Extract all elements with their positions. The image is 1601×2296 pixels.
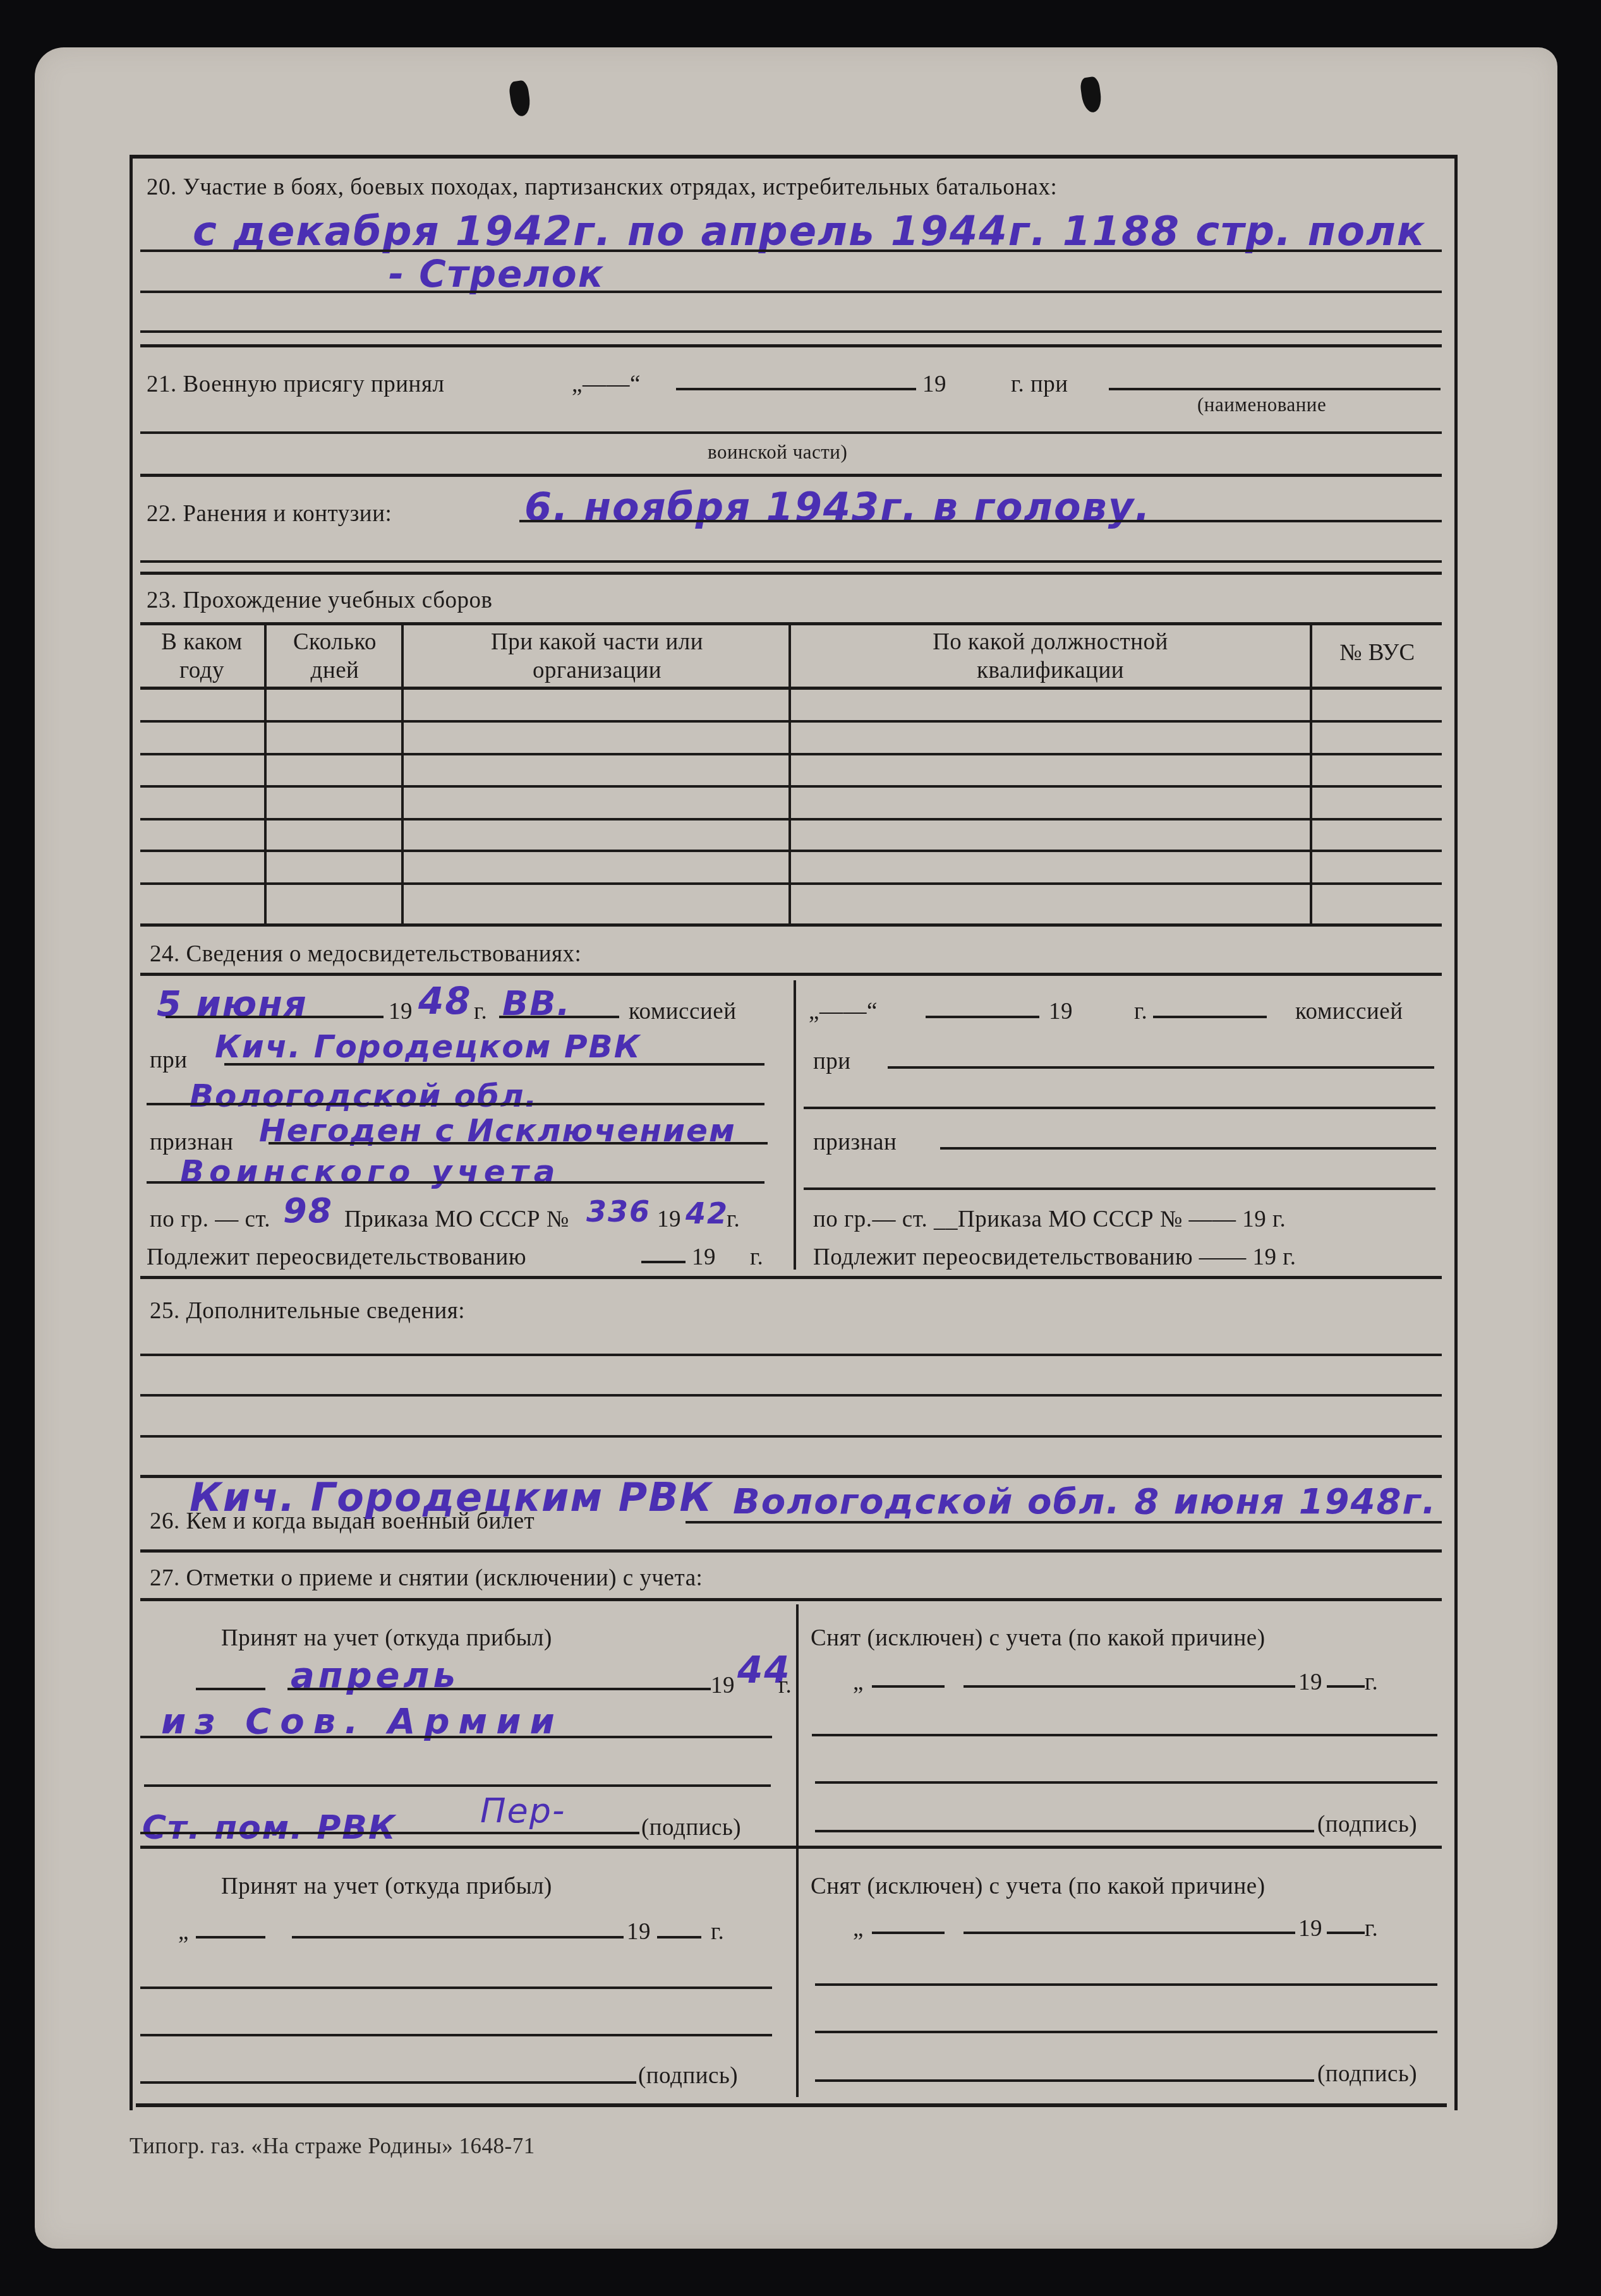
item23-col-divider-3 bbox=[788, 625, 791, 925]
item24-left-reexam-suffix: г. bbox=[750, 1246, 763, 1269]
item25-line1[interactable] bbox=[140, 1354, 1442, 1356]
item24-left-order-number-value[interactable]: 336 bbox=[586, 1197, 651, 1226]
item23-table-row[interactable] bbox=[140, 818, 1442, 820]
item27-block2-left-line2[interactable] bbox=[140, 1986, 772, 1989]
item24-left-pri-line1 bbox=[224, 1063, 764, 1066]
item27-block2-left-sign-label: (подпись) bbox=[638, 2064, 738, 2088]
item27-block1-left-sign-label: (подпись) bbox=[641, 1816, 741, 1839]
item27-block2-right-sign-label: (подпись) bbox=[1317, 2062, 1417, 2086]
item24-left-reexam-label: Подлежит переосвидетельствованию bbox=[147, 1246, 526, 1269]
item27-block1-left-month-line bbox=[287, 1688, 711, 1690]
item27-block2-left-year: 19 bbox=[627, 1920, 651, 1944]
item27-block2-left-g: г. bbox=[711, 1920, 724, 1944]
item27-block2-right-year: 19 bbox=[1298, 1917, 1322, 1940]
item21-label: 21. Военную присягу принял bbox=[147, 373, 444, 396]
item21-unit-line1[interactable] bbox=[1109, 388, 1441, 390]
item24-left-order-label: Приказа МО СССР № bbox=[344, 1208, 569, 1231]
item21-date-prefix: „——“ bbox=[572, 373, 641, 396]
item23-col-qualification-header: По какой должностной квалификации bbox=[793, 630, 1308, 682]
item23-table-row[interactable] bbox=[140, 850, 1442, 852]
item24-left-year-value[interactable]: 48 bbox=[418, 983, 472, 1019]
item24-left-article-value[interactable]: 98 bbox=[283, 1194, 333, 1228]
item27-block1-right-year: 19 bbox=[1298, 1671, 1322, 1694]
item23-table-top-rule bbox=[140, 622, 1442, 625]
item20-bottom-rule bbox=[140, 344, 1442, 347]
item26-value-part1[interactable]: Кич. Городецким РВК bbox=[190, 1478, 713, 1517]
item27-block1-right-title: Снят (исключен) с учета (по какой причин… bbox=[811, 1626, 1265, 1650]
item24-right-reexam-line: Подлежит переосвидетельствованию —— 19 г… bbox=[813, 1246, 1296, 1269]
item27-label: 27. Отметки о приеме и снятии (исключени… bbox=[150, 1566, 703, 1590]
item24-left-reexam-line[interactable] bbox=[641, 1261, 686, 1263]
item22-bottom-rule bbox=[140, 572, 1442, 575]
item24-right-commission-line[interactable] bbox=[1153, 1016, 1267, 1018]
item27-block2-left-year-line[interactable] bbox=[657, 1936, 701, 1938]
item24-left-priznan-label: признан bbox=[150, 1131, 233, 1154]
item24-right-year: 19 bbox=[1049, 1000, 1073, 1023]
item27-block2-right-sign-line[interactable] bbox=[815, 2079, 1314, 2082]
item27-block1-left-line2 bbox=[140, 1736, 772, 1738]
item21-date-line[interactable] bbox=[676, 388, 916, 390]
item24-left-order-year-value[interactable]: 42 bbox=[686, 1199, 728, 1228]
item24-right-priznan-line2[interactable] bbox=[804, 1187, 1435, 1190]
item27-block2-right-title: Снят (исключен) с учета (по какой причин… bbox=[811, 1875, 1265, 1898]
item27-block1-right-month-line[interactable] bbox=[964, 1685, 1295, 1688]
item27-block2-right-date-prefix: „ bbox=[853, 1917, 864, 1940]
item23-col-year-header: В каком году bbox=[140, 630, 263, 682]
item21-g-pri: г. при bbox=[1011, 373, 1068, 396]
item27-block1-right-day-line[interactable] bbox=[872, 1685, 945, 1688]
item24-right-g: г. bbox=[1134, 1000, 1147, 1023]
item23-col-vus-header: № ВУС bbox=[1314, 641, 1441, 664]
item27-block2-right-day-line[interactable] bbox=[872, 1932, 945, 1934]
item23-col-days-header: Сколько дней bbox=[269, 630, 401, 682]
item24-left-pri-line2 bbox=[147, 1103, 764, 1105]
item24-right-pri-line1[interactable] bbox=[888, 1066, 1434, 1069]
item24-right-date-prefix: „——“ bbox=[809, 1000, 878, 1023]
item20-label: 20. Участие в боях, боевых походах, парт… bbox=[147, 176, 1057, 199]
item27-block1-left-sign-value[interactable]: Ст. пом. РВК bbox=[142, 1812, 396, 1844]
item27-block2-left-line3[interactable] bbox=[140, 2034, 772, 2036]
item24-left-year-prefix: 19 bbox=[389, 1000, 413, 1023]
item20-value-line1[interactable]: с декабря 1942г. по апрель 1944г. 1188 с… bbox=[193, 212, 1425, 252]
item24-left-g: г. bbox=[474, 1000, 487, 1023]
item27-block1-left-day-line[interactable] bbox=[196, 1688, 265, 1690]
item27-block2-left-sign-line[interactable] bbox=[140, 2081, 636, 2084]
item27-block1-right-line2[interactable] bbox=[812, 1734, 1437, 1736]
item26-value-part2[interactable]: Вологодской обл. 8 июня 1948г. bbox=[733, 1484, 1437, 1520]
item27-block1-left-from-value[interactable]: из Сов. Армии bbox=[161, 1704, 564, 1740]
item27-block2-left-month-line[interactable] bbox=[292, 1936, 624, 1938]
item21-unit-line2[interactable] bbox=[140, 431, 1442, 434]
item22-line1 bbox=[519, 520, 1442, 522]
item27-block1-left-year-prefix: 19 bbox=[711, 1674, 735, 1697]
item25-label: 25. Дополнительные сведения: bbox=[150, 1299, 465, 1323]
form-bottom-rule bbox=[136, 2103, 1447, 2107]
item27-block1-left-signature: Пер- bbox=[480, 1794, 566, 1828]
item23-col-divider-1 bbox=[264, 625, 267, 925]
item24-left-order-suffix: г. bbox=[727, 1208, 740, 1231]
item27-column-divider bbox=[796, 1604, 799, 2097]
item21-hint-top: (наименование bbox=[1197, 395, 1326, 414]
item23-table-row[interactable] bbox=[140, 785, 1442, 788]
item20-line1 bbox=[140, 249, 1442, 252]
item24-left-pri-value-line2[interactable]: Вологодской обл. bbox=[190, 1080, 538, 1112]
item27-block2-right-line3[interactable] bbox=[815, 2031, 1437, 2033]
item27-block-separator bbox=[140, 1846, 1442, 1849]
item23-table-row[interactable] bbox=[140, 720, 1442, 723]
item24-left-date-line bbox=[166, 1016, 384, 1018]
item26-bottom-rule bbox=[140, 1549, 1442, 1553]
item24-right-priznan-label: признан bbox=[813, 1131, 897, 1154]
item23-header-bottom-rule bbox=[140, 687, 1442, 690]
item25-line3[interactable] bbox=[140, 1435, 1442, 1438]
item27-block1-right-date-prefix: „ bbox=[853, 1671, 864, 1694]
item27-block2-right-month-line[interactable] bbox=[964, 1932, 1295, 1934]
item27-block1-left-title: Принят на учет (откуда прибыл) bbox=[221, 1626, 552, 1650]
item23-table-row[interactable] bbox=[140, 753, 1442, 755]
item21-bottom-rule bbox=[140, 474, 1442, 477]
item24-right-priznan-line1[interactable] bbox=[940, 1147, 1436, 1150]
item27-block1-left-g: г. bbox=[778, 1674, 792, 1697]
item24-left-order-prefix: по гр. — ст. bbox=[150, 1208, 270, 1231]
item24-left-commission-label: комиссией bbox=[629, 1000, 736, 1023]
item24-right-pri-label: при bbox=[813, 1050, 851, 1073]
item27-top-rule bbox=[140, 1598, 1442, 1601]
printer-imprint: Типогр. газ. «На страже Родины» 1648-71 bbox=[130, 2135, 535, 2157]
item27-block1-right-year-line[interactable] bbox=[1327, 1685, 1365, 1688]
item24-left-pri-value-line1[interactable]: Кич. Городецком РВК bbox=[215, 1031, 641, 1062]
item23-col-divider-4 bbox=[1310, 625, 1312, 925]
item23-table-row[interactable] bbox=[140, 882, 1442, 885]
item27-block1-left-line3[interactable] bbox=[144, 1784, 771, 1787]
item24-left-priznan-line2 bbox=[147, 1181, 764, 1184]
item27-block2-right-g: г. bbox=[1365, 1917, 1378, 1940]
item24-left-commission-line bbox=[499, 1016, 619, 1018]
item24-left-order-year-prefix: 19 bbox=[657, 1208, 681, 1231]
item24-bottom-rule bbox=[140, 1276, 1442, 1279]
item27-block1-right-sign-label: (подпись) bbox=[1317, 1813, 1417, 1836]
item21-hint-bottom: воинской части) bbox=[708, 442, 847, 462]
item24-right-date-line[interactable] bbox=[926, 1016, 1039, 1018]
item25-line2[interactable] bbox=[140, 1394, 1442, 1397]
item27-block2-right-year-line[interactable] bbox=[1327, 1932, 1365, 1934]
item27-block2-left-title: Принят на учет (откуда прибыл) bbox=[221, 1875, 552, 1898]
item20-value-line2[interactable]: - Стрелок bbox=[389, 256, 604, 292]
item24-right-order-line: по гр.— ст. __Приказа МО СССР № —— 19 г. bbox=[813, 1208, 1286, 1231]
item27-block2-right-line2[interactable] bbox=[815, 1983, 1437, 1986]
item23-col-divider-2 bbox=[401, 625, 404, 925]
item27-block1-left-sign-line bbox=[140, 1832, 639, 1834]
item24-left-pri-label: при bbox=[150, 1049, 188, 1072]
item24-top-rule bbox=[140, 973, 1442, 976]
item27-block1-right-g: г. bbox=[1365, 1671, 1378, 1694]
item24-right-pri-line2[interactable] bbox=[804, 1107, 1435, 1109]
item23-col-unit-header: При какой части или организации bbox=[404, 630, 790, 682]
item23-table-bottom-rule bbox=[140, 923, 1442, 927]
item24-right-commission-label: комиссией bbox=[1295, 1000, 1403, 1023]
item21-year: 19 bbox=[922, 373, 946, 396]
item20-line2 bbox=[140, 291, 1442, 293]
item20-line3 bbox=[140, 330, 1442, 333]
item27-block1-right-line3[interactable] bbox=[815, 1781, 1437, 1784]
item22-line2 bbox=[140, 560, 1442, 563]
item24-label: 24. Сведения о медосвидетельствованиях: bbox=[150, 942, 581, 966]
item24-left-reexam-year: 19 bbox=[692, 1246, 716, 1269]
item27-block1-right-sign-line[interactable] bbox=[815, 1830, 1314, 1832]
item22-label: 22. Ранения и контузии: bbox=[147, 502, 392, 526]
item24-left-priznan-line1 bbox=[269, 1142, 768, 1145]
item27-block2-left-day-line[interactable] bbox=[196, 1936, 265, 1938]
item23-label: 23. Прохождение учебных сборов bbox=[147, 589, 493, 612]
item27-block2-left-date-prefix: „ bbox=[178, 1920, 189, 1944]
item24-column-divider bbox=[794, 980, 796, 1270]
